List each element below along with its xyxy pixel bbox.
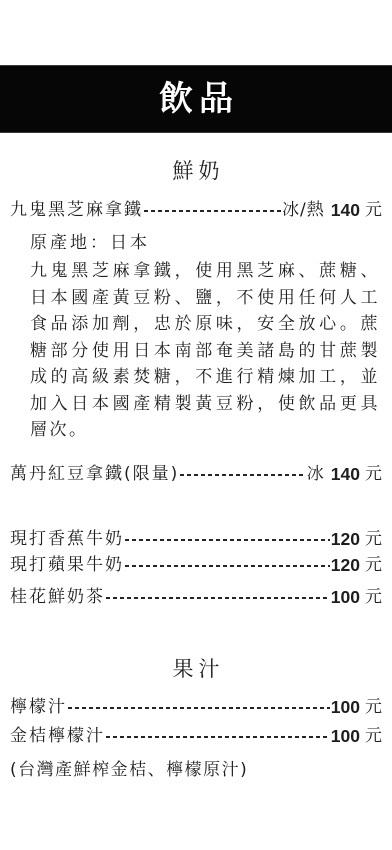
item-description: 九鬼黑芝麻拿鐵，使用黑芝麻、蔗糖、日本國產黃豆粉、鹽，不使用任何人工食品添加劑，… <box>10 258 382 444</box>
dotted-leader <box>180 474 306 476</box>
item-price: 100 <box>331 584 360 610</box>
menu-category-title: 飲品 <box>153 82 239 116</box>
menu-body-juice: 檸檬汁 100 元 金桔檸檬汁 100 元 (台灣產鮮榨金桔、檸檬原汁) <box>0 694 392 782</box>
menu-body: 九鬼黑芝麻拿鐵 冰/熱 140 元 原產地：日本 九鬼黑芝麻拿鐵，使用黑芝麻、蔗… <box>0 197 392 610</box>
item-price-unit: 元 <box>365 584 382 610</box>
item-temp-label: 冰/熱 <box>282 197 325 223</box>
dotted-leader <box>106 736 330 738</box>
item-name: 金桔檸檬汁 <box>10 723 105 749</box>
item-name: 桂花鮮奶茶 <box>10 584 105 610</box>
item-price-unit: 元 <box>365 526 382 552</box>
item-price: 100 <box>331 694 360 720</box>
menu-page: 飲品 鮮奶 九鬼黑芝麻拿鐵 冰/熱 140 元 原產地：日本 九鬼黑芝麻拿鐵，使… <box>0 0 392 850</box>
item-price: 120 <box>331 552 360 578</box>
dotted-leader <box>125 539 330 541</box>
juice-note: (台灣產鮮榨金桔、檸檬原汁) <box>10 758 382 782</box>
item-price: 100 <box>331 723 360 749</box>
item-origin: 原產地：日本 <box>10 231 382 255</box>
menu-item-banana-milk: 現打香蕉牛奶 120 元 <box>10 526 382 552</box>
menu-item-lemon-juice: 檸檬汁 100 元 <box>10 694 382 720</box>
section-title-fresh-milk: 鮮奶 <box>0 161 392 182</box>
menu-item-red-bean-latte: 萬丹紅豆拿鐵(限量) 冰 140 元 <box>10 461 382 487</box>
item-temp-label: 冰 <box>307 461 325 487</box>
item-price-unit: 元 <box>365 694 382 720</box>
item-price-unit: 元 <box>365 197 382 223</box>
item-price: 140 <box>331 197 360 223</box>
section-title-juice: 果汁 <box>0 659 392 680</box>
item-price-unit: 元 <box>365 461 382 487</box>
dotted-leader <box>144 210 281 212</box>
menu-item-kumquat-lemon-juice: 金桔檸檬汁 100 元 <box>10 723 382 749</box>
dotted-leader <box>125 565 330 567</box>
dotted-leader <box>68 707 330 709</box>
item-price: 120 <box>331 526 360 552</box>
item-price-unit: 元 <box>365 723 382 749</box>
item-name: 九鬼黑芝麻拿鐵 <box>10 197 143 223</box>
dotted-leader <box>106 597 330 599</box>
item-name: 現打蘋果牛奶 <box>10 552 124 578</box>
menu-item-black-sesame-latte: 九鬼黑芝麻拿鐵 冰/熱 140 元 <box>10 197 382 223</box>
menu-item-apple-milk: 現打蘋果牛奶 120 元 <box>10 552 382 578</box>
menu-item-osmanthus-milk-tea: 桂花鮮奶茶 100 元 <box>10 584 382 610</box>
item-price: 140 <box>331 461 360 487</box>
item-name: 檸檬汁 <box>10 694 67 720</box>
item-name: 萬丹紅豆拿鐵(限量) <box>10 461 179 487</box>
menu-category-header: 飲品 <box>0 65 392 133</box>
item-name: 現打香蕉牛奶 <box>10 526 124 552</box>
item-price-unit: 元 <box>365 552 382 578</box>
